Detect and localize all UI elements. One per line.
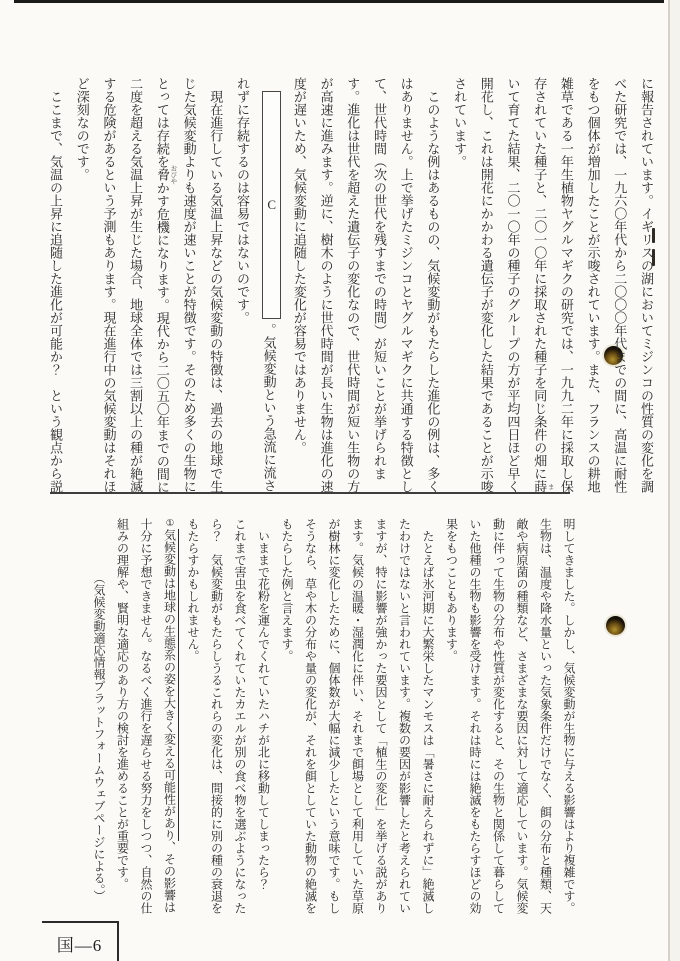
- paragraph: ①気候変動は地球の生態系の姿を大きく変える可能性があり、その影響は十分に予想でき…: [110, 518, 181, 915]
- page-number-label: 国―6: [57, 931, 103, 956]
- answer-blank-box: C: [262, 91, 281, 319]
- text-run: このような例はあるものの、気候変動がもたらした進化の例は、多くはありません。上で…: [292, 77, 441, 493]
- punch-hole-icon: [606, 616, 625, 635]
- paragraph: いままで花粉を運んでくれていたハチが北に移動してしまったら？: [251, 518, 275, 915]
- top-text-block: に報告されています。イギリスの湖においてミジンコの性質の変化を調べた研究では、一…: [41, 77, 659, 494]
- scan-edge-artifact-top: [14, 0, 664, 3]
- answer-blank-label: C: [263, 92, 280, 318]
- paragraph: に報告されています。イギリスの湖においてミジンコの性質の変化を調べた研究では、一…: [445, 77, 659, 494]
- scanned-exam-page: に報告されています。イギリスの湖においてミジンコの性質の変化を調べた研究では、一…: [0, 0, 680, 961]
- paragraph: たとえば氷河期に大繁栄したマンモスは「暑さに耐えられずに」絶滅したわけではないと…: [275, 518, 440, 915]
- page-right-edge-line: [668, 0, 670, 961]
- text-run: いままで花粉を運んでくれていたハチが北に移動してしまったら？: [257, 518, 271, 890]
- paragraph: ここまで、気温の上昇に追随した進化が可能か？ という観点から説: [41, 77, 68, 494]
- text-run: いて育てた結果、二〇一〇年の種子のグループの方が平均四日ほど早く開花し、これは開…: [452, 77, 520, 493]
- circled-number-1-marker: ①: [165, 518, 175, 529]
- section-divider-rule: [50, 492, 570, 494]
- text-run: 明してきました。しかし、気候変動が生物に与える影響はより複雑です。生物は、温度や…: [445, 518, 577, 914]
- ruby-annotated-kanji: 脅おびや: [155, 168, 170, 182]
- text-run: たとえば氷河期に大繁栄したマンモスは「暑さに耐えられずに」絶滅したわけではないと…: [280, 518, 435, 914]
- text-run: これまで害虫を食べてくれていたカエルが別の食べ物を選ぶようになったら？ 気候変動…: [186, 518, 247, 914]
- underlined-clause-1: 気候変動は地球の生態系の姿を大きく変える可能性があり: [163, 529, 179, 841]
- paragraph: 明してきました。しかし、気候変動が生物に与える影響はより複雑です。生物は、温度や…: [439, 518, 580, 915]
- paragraph: このような例はあるものの、気候変動がもたらした進化の例は、多くはありません。上で…: [285, 77, 445, 494]
- text-run: （気候変動適応情報プラットフォームウェブページによる。）: [92, 518, 106, 902]
- paragraph: 現在進行している気温上昇などの気候変動の特徴は、過去の地球で生じた気候変動よりも…: [68, 77, 228, 494]
- bottom-text-block: 明してきました。しかし、気候変動が生物に与える影響はより複雑です。生物は、温度や…: [60, 518, 580, 915]
- paragraph: C。気候変動という急流に流されずに存続するのは容易ではないのです。: [228, 77, 285, 494]
- text-run: に報告されています。イギリスの湖においてミジンコの性質の変化を調べた研究では、一…: [532, 77, 654, 493]
- paragraph: これまで害虫を食べてくれていたカエルが別の食べ物を選ぶようになったら？ 気候変動…: [181, 518, 252, 915]
- paragraph: （気候変動適応情報プラットフォームウェブページによる。）: [87, 518, 111, 915]
- text-run: ここまで、気温の上昇に追随した進化が可能か？ という観点から説: [48, 77, 63, 493]
- page-number-box: 国―6: [42, 921, 119, 961]
- page-right-edge: [670, 0, 680, 961]
